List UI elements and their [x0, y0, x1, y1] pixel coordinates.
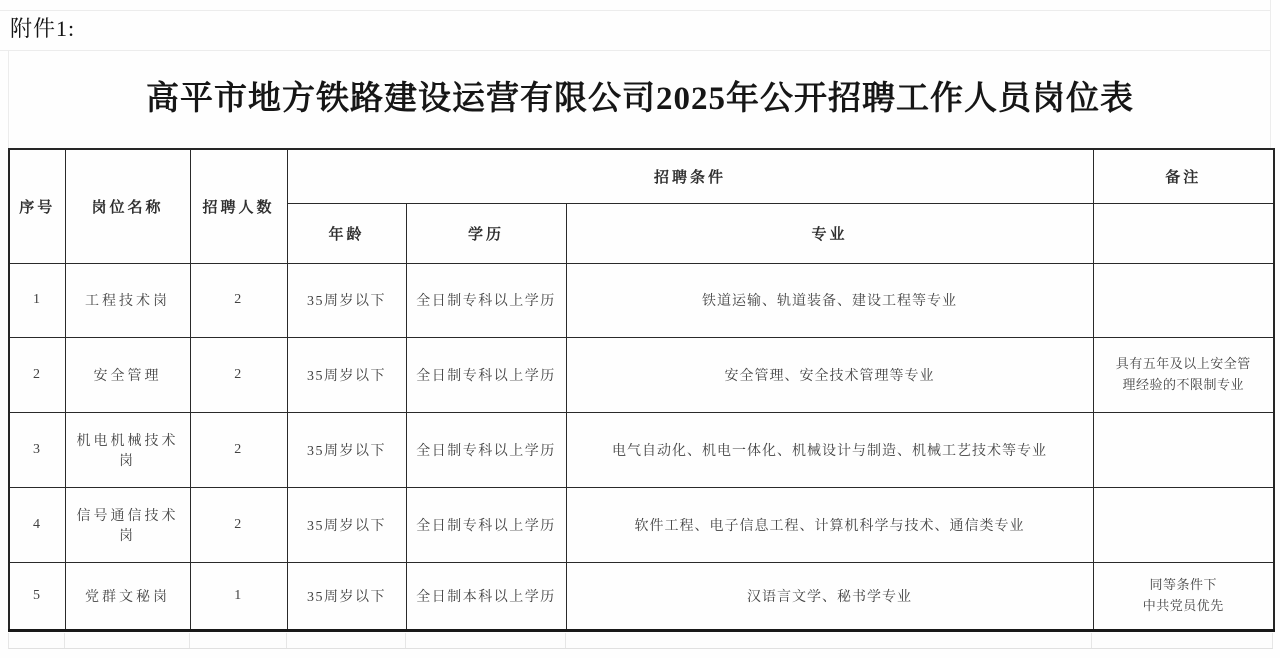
- positions-table: 序号 岗位名称 招聘人数 招聘条件 备注 年龄 学历 专业 1 工程技术岗 2 …: [8, 148, 1275, 632]
- table-row: 1 工程技术岗 2 35周岁以下 全日制专科以上学历 铁道运输、轨道装备、建设工…: [9, 263, 1274, 337]
- cell-serial-number: 4: [9, 487, 65, 562]
- table-row: 3 机电机械技术 岗 2 35周岁以下 全日制专科以上学历 电气自动化、机电一体…: [9, 412, 1274, 487]
- cell-education: 全日制本科以上学历: [406, 562, 566, 630]
- cell-headcount: 2: [190, 337, 287, 412]
- header-major: 专业: [566, 203, 1093, 263]
- cell-serial-number: 1: [9, 263, 65, 337]
- cell-serial-number: 5: [9, 562, 65, 630]
- table-row: 5 党群文秘岗 1 35周岁以下 全日制本科以上学历 汉语言文学、秘书学专业 同…: [9, 562, 1274, 630]
- cell-age: 35周岁以下: [287, 412, 406, 487]
- cell-education: 全日制专科以上学历: [406, 487, 566, 562]
- header-row-1: 序号 岗位名称 招聘人数 招聘条件 备注: [9, 149, 1274, 203]
- cell-education: 全日制专科以上学历: [406, 337, 566, 412]
- cell-headcount: 2: [190, 263, 287, 337]
- cell-major: 软件工程、电子信息工程、计算机科学与技术、通信类专业: [566, 487, 1093, 562]
- header-education: 学历: [406, 203, 566, 263]
- cell-position-name: 党群文秘岗: [65, 562, 190, 630]
- cell-remark: [1093, 412, 1274, 487]
- cell-age: 35周岁以下: [287, 487, 406, 562]
- gridline-under-attachment: [0, 50, 1271, 51]
- attachment-label: 附件1:: [10, 12, 75, 43]
- cell-remark: [1093, 487, 1274, 562]
- cell-age: 35周岁以下: [287, 562, 406, 630]
- header-remarks: 备注: [1093, 149, 1274, 203]
- page-title: 高平市地方铁路建设运营有限公司2025年公开招聘工作人员岗位表: [8, 60, 1272, 130]
- cell-position-name: 机电机械技术 岗: [65, 412, 190, 487]
- cell-serial-number: 2: [9, 337, 65, 412]
- header-recruitment-conditions: 招聘条件: [287, 149, 1093, 203]
- ghost-cell: [287, 633, 406, 648]
- cell-headcount: 2: [190, 487, 287, 562]
- table-row: 4 信号通信技术 岗 2 35周岁以下 全日制专科以上学历 软件工程、电子信息工…: [9, 487, 1274, 562]
- cell-education: 全日制专科以上学历: [406, 263, 566, 337]
- cell-position-name: 安全管理: [65, 337, 190, 412]
- ghost-cell: [406, 633, 566, 648]
- cell-remark: [1093, 263, 1274, 337]
- cell-headcount: 2: [190, 412, 287, 487]
- gridline-top: [0, 10, 1271, 11]
- table-row: 2 安全管理 2 35周岁以下 全日制专科以上学历 安全管理、安全技术管理等专业…: [9, 337, 1274, 412]
- ghost-cell: [1092, 633, 1273, 648]
- header-age: 年龄: [287, 203, 406, 263]
- cell-major: 铁道运输、轨道装备、建设工程等专业: [566, 263, 1093, 337]
- cell-major: 电气自动化、机电一体化、机械设计与制造、机械工艺技术等专业: [566, 412, 1093, 487]
- cell-education: 全日制专科以上学历: [406, 412, 566, 487]
- cell-age: 35周岁以下: [287, 263, 406, 337]
- header-headcount: 招聘人数: [190, 149, 287, 263]
- cell-headcount: 1: [190, 562, 287, 630]
- header-position-name: 岗位名称: [65, 149, 190, 263]
- cell-remark: 同等条件下 中共党员优先: [1093, 562, 1274, 630]
- ghost-cell: [65, 633, 190, 648]
- ghost-row: [8, 633, 1273, 649]
- cell-serial-number: 3: [9, 412, 65, 487]
- header-serial-number: 序号: [9, 149, 65, 263]
- ghost-cell: [566, 633, 1093, 648]
- cell-age: 35周岁以下: [287, 337, 406, 412]
- cell-position-name: 工程技术岗: [65, 263, 190, 337]
- ghost-cell: [9, 633, 65, 648]
- cell-major: 汉语言文学、秘书学专业: [566, 562, 1093, 630]
- cell-remark: 具有五年及以上安全管 理经验的不限制专业: [1093, 337, 1274, 412]
- ghost-cell: [190, 633, 287, 648]
- header-remarks-sub-empty: [1093, 203, 1274, 263]
- cell-position-name: 信号通信技术 岗: [65, 487, 190, 562]
- cell-major: 安全管理、安全技术管理等专业: [566, 337, 1093, 412]
